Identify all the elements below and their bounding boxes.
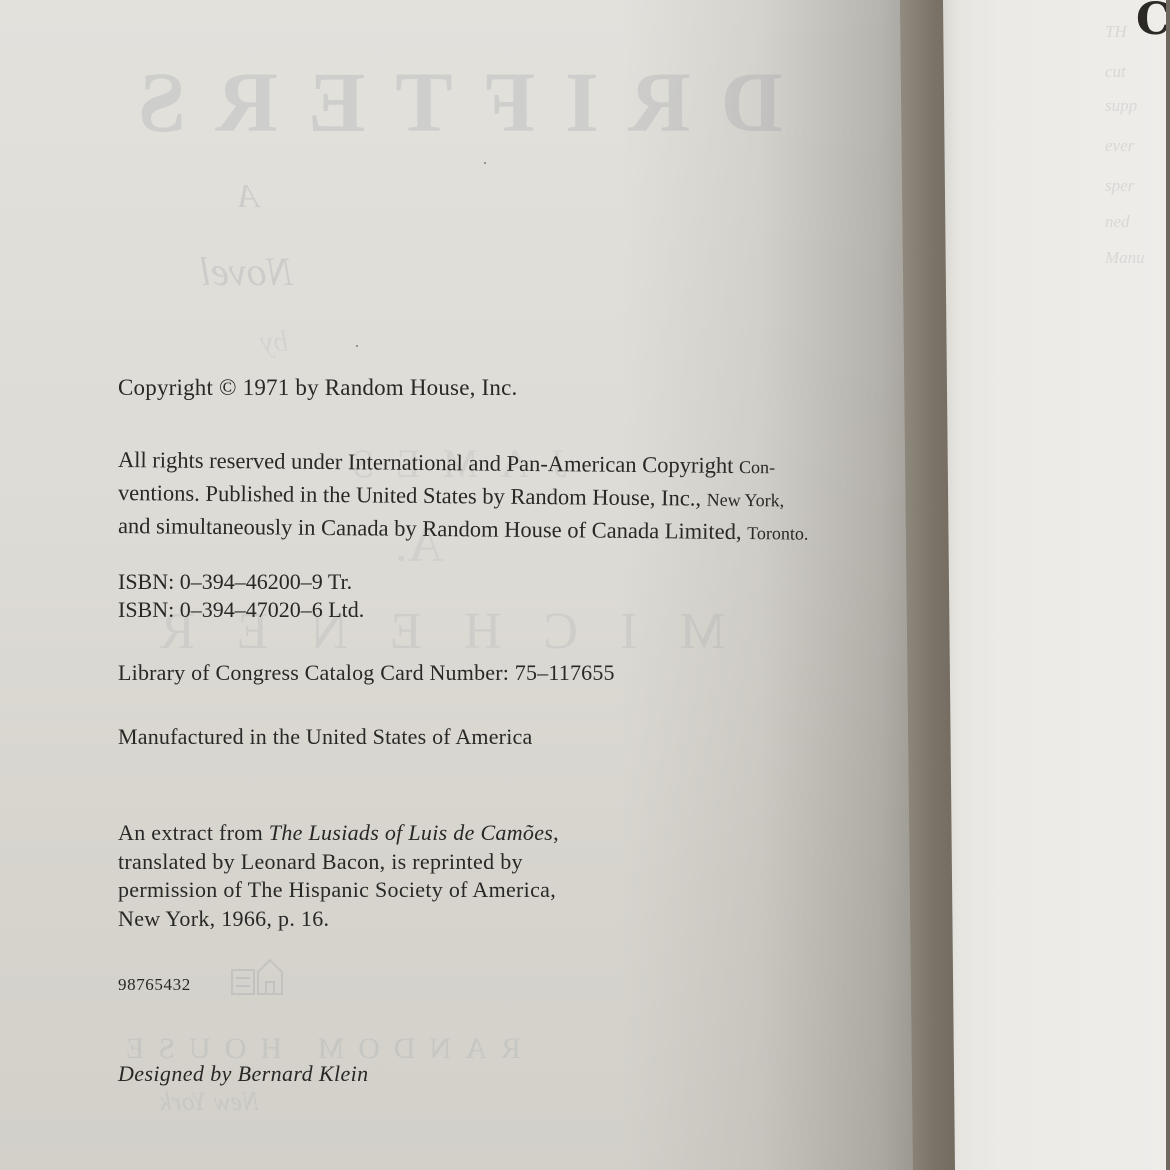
paper-speck [356,345,358,347]
copyright-page: DRIFTERS A Novel by JAMES A. MICHENER RA… [0,0,945,1170]
printing-number-line: 98765432 [118,976,191,993]
rights-line-1-tail: Con- [739,457,775,477]
isbn-limited: ISBN: 0–394–47020–6 Ltd. [118,596,364,624]
rights-line-3-tail: Toronto. [747,523,808,544]
rights-line-3-main: and simultaneously in Canada by Random H… [118,513,747,544]
rights-paragraph: All rights reserved under International … [118,444,809,543]
isbn-trade: ISBN: 0–394–46200–9 Tr. [118,568,364,596]
rights-line-3: and simultaneously in Canada by Random H… [118,510,809,550]
extract-line-4: New York, 1966, p. 16. [118,905,559,934]
extract-line-3: permission of The Hispanic Society of Am… [118,876,559,905]
extract-permission: An extract from The Lusiads of Luis de C… [118,819,559,933]
copyright-line: Copyright © 1971 by Random House, Inc. [118,376,517,399]
extract-work-title: The Lusiads of Luis de Camões [269,820,553,845]
facing-page-ghost-line: sper [1105,176,1134,196]
show-through-a: A [238,178,259,216]
random-house-logo-icon [228,956,290,996]
extract-line-2: translated by Leonard Bacon, is reprinte… [118,848,559,877]
manufactured-line: Manufactured in the United States of Ame… [118,726,532,748]
chapter-drop-cap: C [1136,0,1170,42]
facing-page: TH cut supp ever sper ned Manu C [940,0,1170,1170]
show-through-city: New York [160,1087,259,1117]
isbn-block: ISBN: 0–394–46200–9 Tr. ISBN: 0–394–4702… [118,568,364,624]
paper-speck [484,162,486,164]
extract-prefix: An extract from [118,820,269,845]
facing-page-ghost-line: Manu [1105,248,1145,268]
open-book-photo: DRIFTERS A Novel by JAMES A. MICHENER RA… [0,0,1170,1170]
facing-page-ghost-line: ned [1105,212,1130,232]
facing-page-ghost-line: supp [1105,96,1137,116]
designer-credit: Designed by Bernard Klein [118,1063,369,1085]
rights-line-1-main: All rights reserved under International … [118,447,739,478]
extract-suffix: , [553,820,559,845]
facing-page-ghost-line: ever [1105,136,1134,156]
facing-page-ghost-line: TH [1105,22,1127,42]
show-through-novel: Novel [200,248,293,295]
show-through-title: DRIFTERS [108,52,783,152]
extract-line-1: An extract from The Lusiads of Luis de C… [118,819,559,848]
rights-line-2-tail: New York, [707,490,785,511]
facing-page-ghost-line: cut [1105,62,1126,82]
show-through-by: by [260,325,288,359]
rights-line-2-main: ventions. Published in the United States… [118,480,707,511]
library-of-congress-number: Library of Congress Catalog Card Number:… [118,662,615,684]
